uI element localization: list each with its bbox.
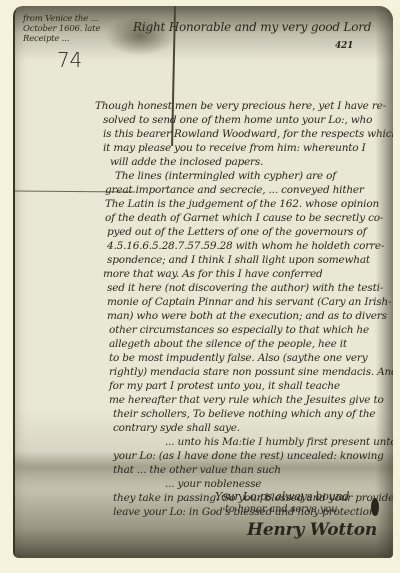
body-line: their schollers, To believe nothing whic… — [113, 408, 375, 420]
body-line: it may please you to receive from him: w… — [103, 142, 366, 154]
body-line: is this bearer Rowland Woodward, for the… — [103, 128, 393, 140]
body-line: to be most impudently false. Also (sayth… — [109, 352, 367, 364]
letter-page: from Venice the ... October 1606. late R… — [13, 6, 393, 558]
margin-note-line: from Venice the ... — [23, 14, 100, 24]
body-line: ... unto his Ma:tie I humbly first prese… — [165, 436, 393, 448]
body-line: allegeth about the silence of the people… — [109, 338, 347, 350]
body-line: monie of Captain Pinnar and his servant … — [107, 296, 391, 308]
body-line: 4.5.16.6.5.28.7.57.59.28 with whom he ho… — [107, 240, 384, 252]
body-line: other circumstances so especially to tha… — [109, 324, 369, 336]
body-line: rightly) mendacia stare non possunt sine… — [109, 366, 393, 378]
closing-line: Your Lo:ps always bound — [215, 490, 349, 503]
margin-note-line: Receipte ... — [23, 34, 100, 44]
margin-note: from Venice the ... October 1606. late R… — [23, 14, 100, 44]
body-line: more that way. As for this I have confer… — [103, 268, 322, 280]
folio-number: 421 — [335, 41, 353, 51]
body-line: your Lo: (as I have done the rest) uncea… — [113, 450, 384, 462]
body-line: pyed out of the Letters of one of the go… — [107, 226, 366, 238]
body-line: for my part I protest unto you, it shall… — [109, 380, 340, 392]
body-line: Though honest men be very precious here,… — [95, 100, 386, 112]
page-number: 74 — [57, 48, 82, 72]
body-line: man) who were both at the execution; and… — [107, 310, 387, 322]
salutation: Right Honorable and my very good Lord — [133, 20, 371, 34]
body-line: The lines (intermingled with cypher) are… — [115, 170, 336, 182]
body-line: spondence; and I think I shall light upo… — [107, 254, 370, 266]
body-line: of the death of Garnet which I cause to … — [105, 212, 383, 224]
ink-blot — [371, 498, 379, 516]
body-line: great importance and secrecie, ... conve… — [105, 184, 364, 196]
body-line: that ... the other value than such — [113, 464, 281, 476]
body-line: contrary syde shall saye. — [113, 422, 240, 434]
body-line: me hereafter that very rule which the Je… — [109, 394, 384, 406]
margin-note-line: October 1606. late — [23, 24, 100, 34]
body-line: The Latin is the judgement of the 162. w… — [105, 198, 379, 210]
body-line: sed it here (not discovering the author)… — [107, 282, 383, 294]
body-line: ... your noblenesse — [165, 478, 261, 490]
body-line: will adde the inclosed papers. — [110, 156, 263, 168]
signature: Henry Wotton — [247, 520, 377, 540]
body-line: solved to send one of them home unto you… — [103, 114, 372, 126]
closing-line: to honor and serve you — [225, 504, 337, 515]
